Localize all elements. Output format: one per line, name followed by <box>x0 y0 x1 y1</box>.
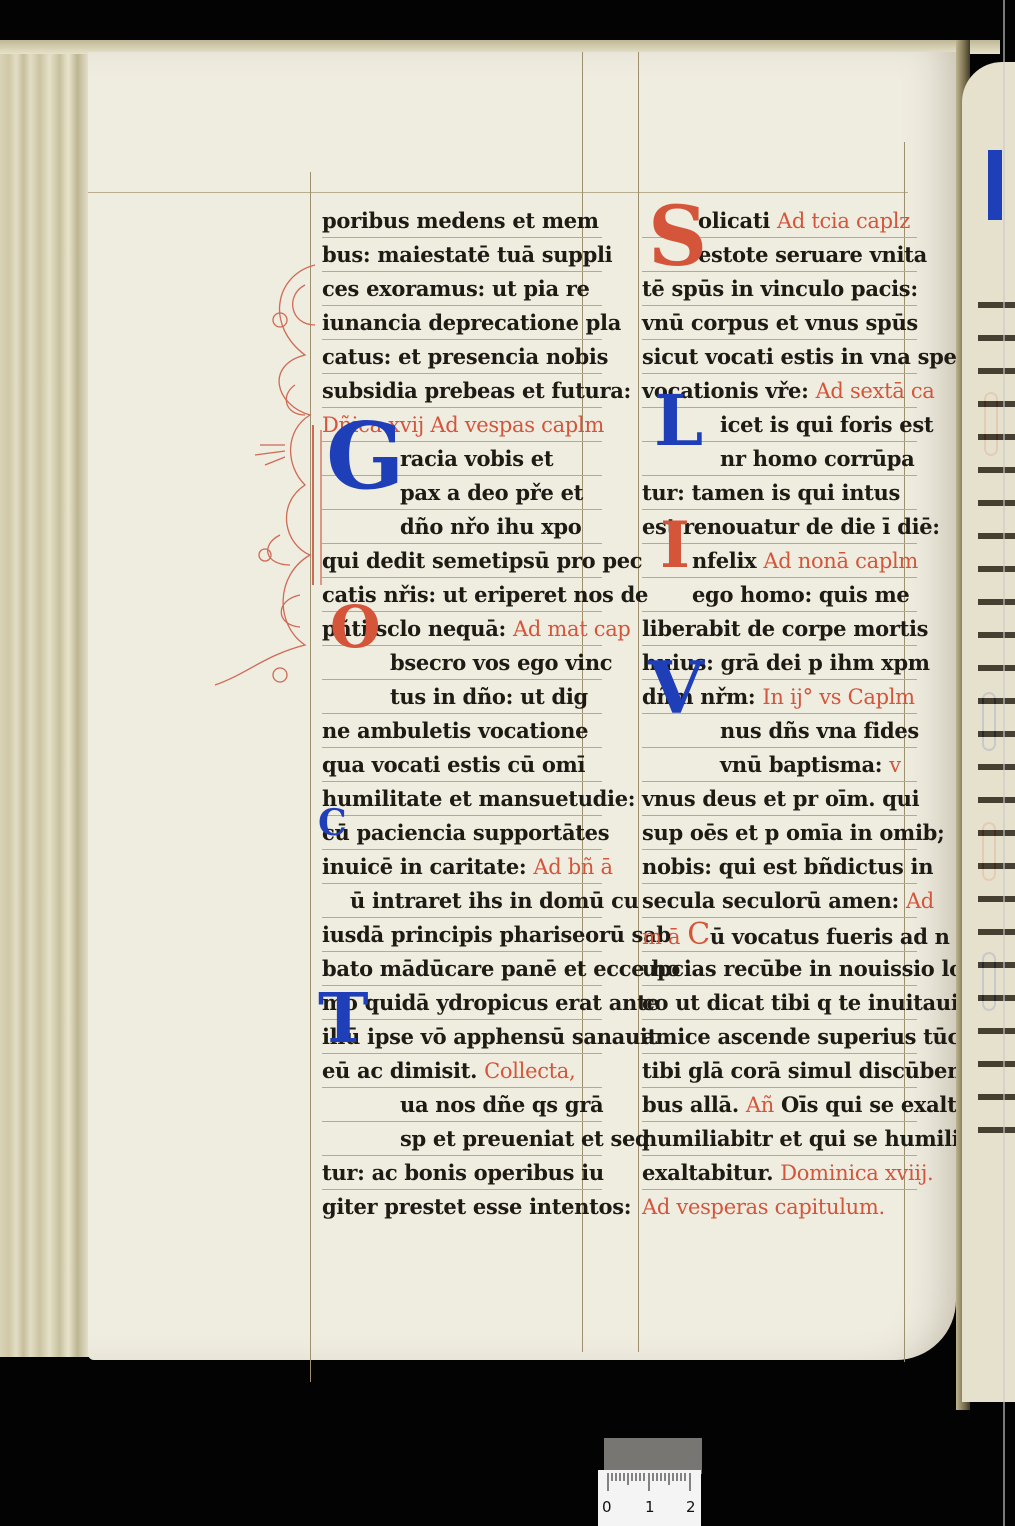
text-line: inuicē in caritate: Ad bñ ā <box>322 850 602 884</box>
text-line: giter prestet esse intentos: <box>322 1190 602 1223</box>
initial-v: V <box>648 652 704 724</box>
ruler-label-0: 0 <box>602 1498 612 1516</box>
facing-page-blue-initial <box>988 150 1002 220</box>
text-line: secula seculorū amen: Ad <box>642 884 917 918</box>
text-line: humiliabitr et qui se humiliat <box>642 1122 917 1156</box>
text-line: dño nřo ihu xpo <box>322 510 602 544</box>
decorated-initial-g: G <box>326 410 406 502</box>
text-line: poribus medens et mem <box>322 204 602 238</box>
text-line: iusdā principis phariseorū sab <box>322 918 602 952</box>
initial-s: S <box>648 196 707 278</box>
initial-t: T <box>318 985 369 1053</box>
scale-ruler: 0 1 2 <box>598 1438 703 1526</box>
facing-page-text-block <box>978 282 1015 1142</box>
text-line: vnū corpus et vnus spūs <box>642 306 917 340</box>
text-line: bus: maiestatē tuā suppli <box>322 238 602 272</box>
initial-l: L <box>654 386 703 456</box>
text-line: m ā Cū vocatus fueris ad n <box>642 918 917 952</box>
text-line: exaltabitur. Dominica xviij. <box>642 1156 917 1190</box>
text-line: sup oēs et p omīa in omib; <box>642 816 917 850</box>
text-line: eū ac dimisit. Collecta, <box>322 1054 602 1088</box>
rubric-line: Ad vesperas capitulum. <box>642 1190 917 1223</box>
text-line: tur: ac bonis operibus iu <box>322 1156 602 1190</box>
text-column-left: poribus medens et mem bus: maiestatē tuā… <box>322 204 602 1223</box>
ruling-line-col2-left <box>638 52 639 1352</box>
text-line: upcias recūbe in nouissio lo <box>642 952 917 986</box>
ruler-label-2: 2 <box>686 1498 696 1516</box>
text-line: ces exoramus: ut pia re <box>322 272 602 306</box>
page-stack-edges <box>0 52 90 1357</box>
text-line: cū paciencia supportātes <box>322 816 602 850</box>
initial-o: O <box>330 598 381 656</box>
text-line: ne ambuletis vocatione <box>322 714 602 748</box>
initial-i: I <box>660 514 690 578</box>
text-line: qui dedit semetipsū pro pec <box>322 544 602 578</box>
capture-guide-line <box>1003 0 1005 1526</box>
text-line: ua nos dñe qs grā <box>322 1088 602 1122</box>
ruler-ticks-icon <box>606 1473 694 1493</box>
text-line: tibi glā corā simul discūben <box>642 1054 917 1088</box>
text-line: tus in dño: ut dig <box>322 680 602 714</box>
text-line: catus: et presencia nobis <box>322 340 602 374</box>
text-line: ego homo: quis me <box>642 578 917 612</box>
text-line: ū intraret ihs in domū cu <box>322 884 602 918</box>
text-line: humilitate et mansuetudie: <box>322 782 602 816</box>
text-line: nobis: qui est bñdictus in <box>642 850 917 884</box>
text-line: tur: tamen is qui intus <box>642 476 917 510</box>
text-line: sicut vocati estis in vna spe <box>642 340 917 374</box>
text-line: vnū baptisma: v <box>642 748 917 782</box>
text-line: iunancia deprecatione pla <box>322 306 602 340</box>
text-line: co ut dicat tibi q te inuitauit <box>642 986 917 1020</box>
ruler-label-1: 1 <box>645 1498 655 1516</box>
pen-flourish-border-icon <box>205 255 335 705</box>
grey-calibration-patch <box>604 1438 702 1474</box>
text-line: vnus deus et pr oīm. qui <box>642 782 917 816</box>
text-line: sp et preueniat et seq <box>322 1122 602 1156</box>
initial-c: C <box>318 805 347 841</box>
text-line: bus allā. Añ Oīs qui se exaltat <box>642 1088 917 1122</box>
ruling-line-top <box>88 192 908 193</box>
text-line: liberabit de corpe mortis <box>642 612 917 646</box>
text-line: amice ascende superius tūc erit <box>642 1020 917 1054</box>
facing-page-edge <box>962 62 1015 1402</box>
text-line: qua vocati estis cū omī <box>322 748 602 782</box>
